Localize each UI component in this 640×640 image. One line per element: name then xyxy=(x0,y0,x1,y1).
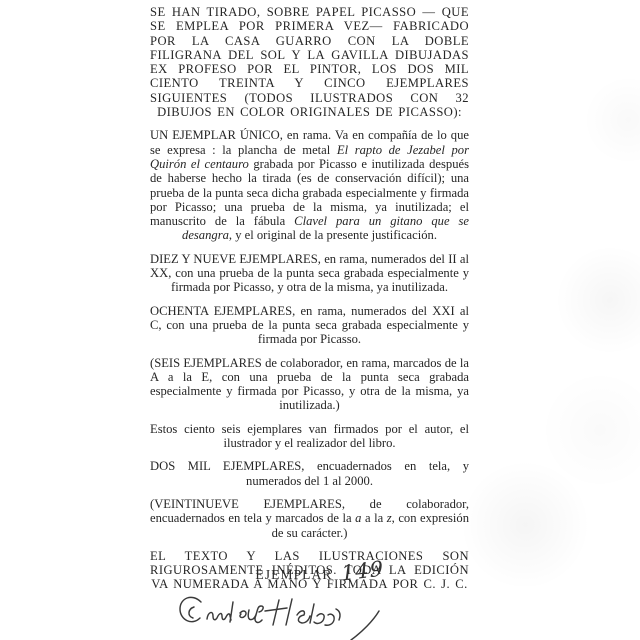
paragraph-5: (SEIS EJEMPLARES de colaborador, en rama… xyxy=(150,356,469,413)
paragraph-4: OCHENTA EJEMPLARES, en rama, numerados d… xyxy=(150,304,469,347)
text-run: SE HAN TIRADO, SOBRE PAPEL PICASSO — QUE… xyxy=(150,5,469,119)
book-page: SE HAN TIRADO, SOBRE PAPEL PICASSO — QUE… xyxy=(0,0,640,640)
paragraph-1: SE HAN TIRADO, SOBRE PAPEL PICASSO — QUE… xyxy=(150,5,469,119)
signature-stroke xyxy=(297,604,314,623)
paragraph-8: (VEINTINUEVE EJEMPLARES, de colaborador,… xyxy=(150,497,469,540)
paragraph-3: DIEZ Y NUEVE EJEMPLARES, en rama, numera… xyxy=(150,252,469,295)
signature-handwritten xyxy=(176,594,386,640)
text-run: a la xyxy=(361,511,386,525)
signature-stroke xyxy=(189,607,194,618)
colophon-text: SE HAN TIRADO, SOBRE PAPEL PICASSO — QUE… xyxy=(150,5,469,601)
text-run: DIEZ Y NUEVE EJEMPLARES, en rama, numera… xyxy=(150,252,469,295)
text-run: , y el original de la presente justifica… xyxy=(229,228,437,242)
text-run: Estos ciento seis ejemplares van firmado… xyxy=(150,422,469,450)
text-run: (SEIS EJEMPLARES de colaborador, en rama… xyxy=(150,356,469,413)
signature-stroke xyxy=(240,606,263,622)
text-run: OCHENTA EJEMPLARES, en rama, numerados d… xyxy=(150,304,469,347)
ejemplar-label: EJEMPLAR xyxy=(255,567,332,582)
paragraph-7: DOS MIL EJEMPLARES, encuadernados en tel… xyxy=(150,459,469,488)
paragraph-2: UN EJEMPLAR ÚNICO, en rama. Va en compañ… xyxy=(150,128,469,242)
signature-stroke xyxy=(265,599,292,625)
signature-stroke xyxy=(351,611,379,640)
ejemplar-line: EJEMPLAR149 xyxy=(0,560,640,584)
paragraph-6: Estos ciento seis ejemplares van firmado… xyxy=(150,422,469,451)
signature-stroke xyxy=(314,609,340,625)
text-run: DOS MIL EJEMPLARES, encuadernados en tel… xyxy=(150,459,469,487)
signature-stroke xyxy=(207,602,233,622)
ejemplar-number-handwritten: 149 xyxy=(341,556,385,585)
